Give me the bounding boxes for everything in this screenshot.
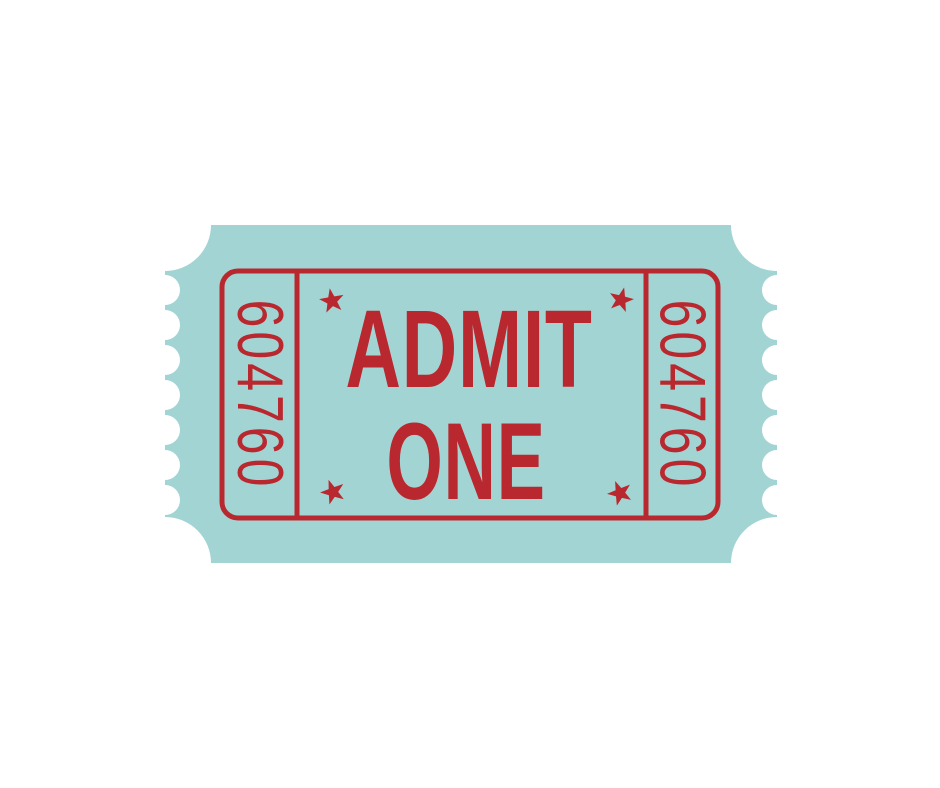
ticket-illustration: 604760 604760 ADMIT ONE [0, 0, 940, 788]
ticket-title-line2: ONE [386, 400, 545, 523]
ticket-title-line1: ADMIT [345, 289, 592, 412]
serial-number-right: 604760 [646, 300, 718, 491]
canvas: 604760 604760 ADMIT ONE [0, 0, 940, 788]
serial-number-left: 604760 [224, 300, 296, 491]
